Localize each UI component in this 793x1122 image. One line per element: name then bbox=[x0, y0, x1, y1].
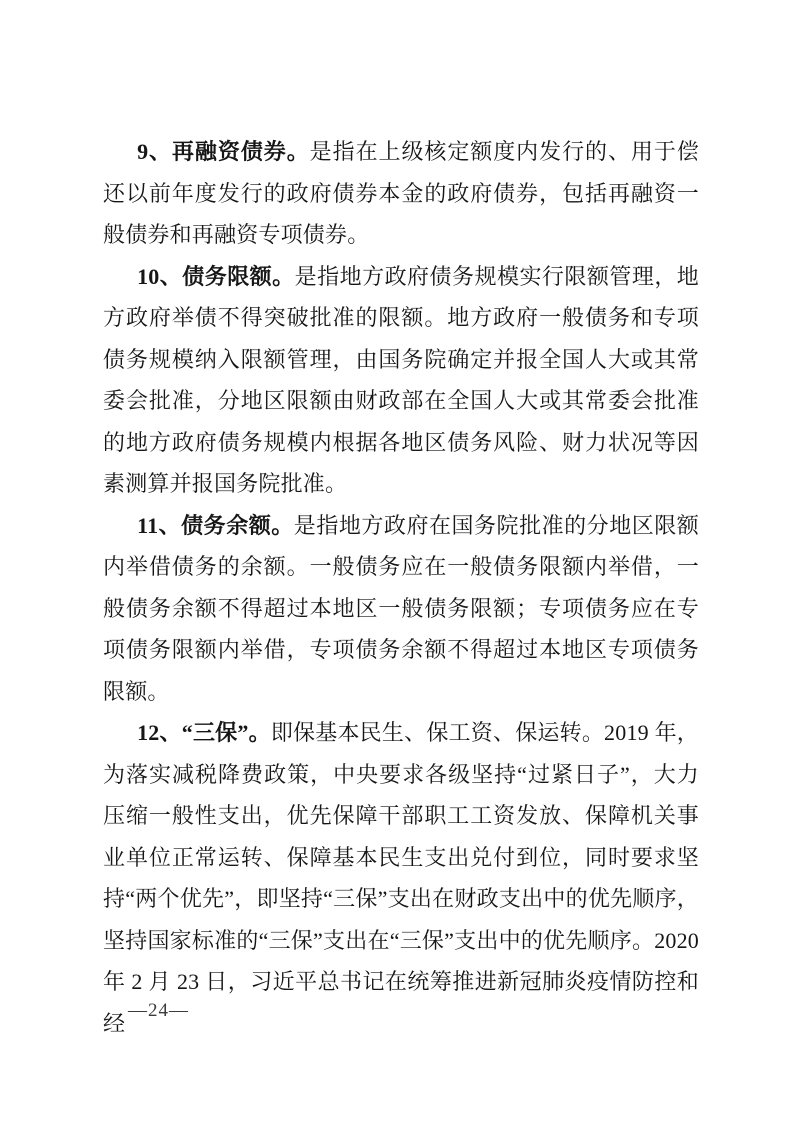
definition-term: 9、再融资债券。 bbox=[137, 139, 310, 164]
document-page: 9、再融资债券。是指在上级核定额度内发行的、用于偿还以前年度发行的政府债券本金的… bbox=[0, 0, 793, 1122]
definition-text: 即保基本民生、保工资、保运转。2019 年，为落实减税降费政策，中央要求各级坚持… bbox=[103, 720, 699, 1036]
document-body: 9、再融资债券。是指在上级核定额度内发行的、用于偿还以前年度发行的政府债券本金的… bbox=[103, 131, 699, 1044]
definition-paragraph-10: 10、债务限额。是指地方政府债务规模实行限额管理，地方政府举债不得突破批准的限额… bbox=[103, 256, 699, 505]
definition-text: 是指地方政府在国务院批准的分地区限额内举借债务的余额。一般债务应在一般债务限额内… bbox=[103, 513, 699, 704]
definition-paragraph-12: 12、“三保”。即保基本民生、保工资、保运转。2019 年，为落实减税降费政策，… bbox=[103, 712, 699, 1044]
definition-term: 11、债务余额。 bbox=[137, 513, 294, 538]
definition-text: 是指地方政府债务规模实行限额管理，地方政府举债不得突破批准的限额。地方政府一般债… bbox=[103, 264, 699, 497]
definition-term: 12、“三保”。 bbox=[137, 720, 271, 745]
page-number: —24— bbox=[128, 1000, 189, 1022]
definition-term: 10、债务限额。 bbox=[137, 264, 295, 289]
definition-paragraph-11: 11、债务余额。是指地方政府在国务院批准的分地区限额内举借债务的余额。一般债务应… bbox=[103, 505, 699, 713]
definition-paragraph-9: 9、再融资债券。是指在上级核定额度内发行的、用于偿还以前年度发行的政府债券本金的… bbox=[103, 131, 699, 256]
